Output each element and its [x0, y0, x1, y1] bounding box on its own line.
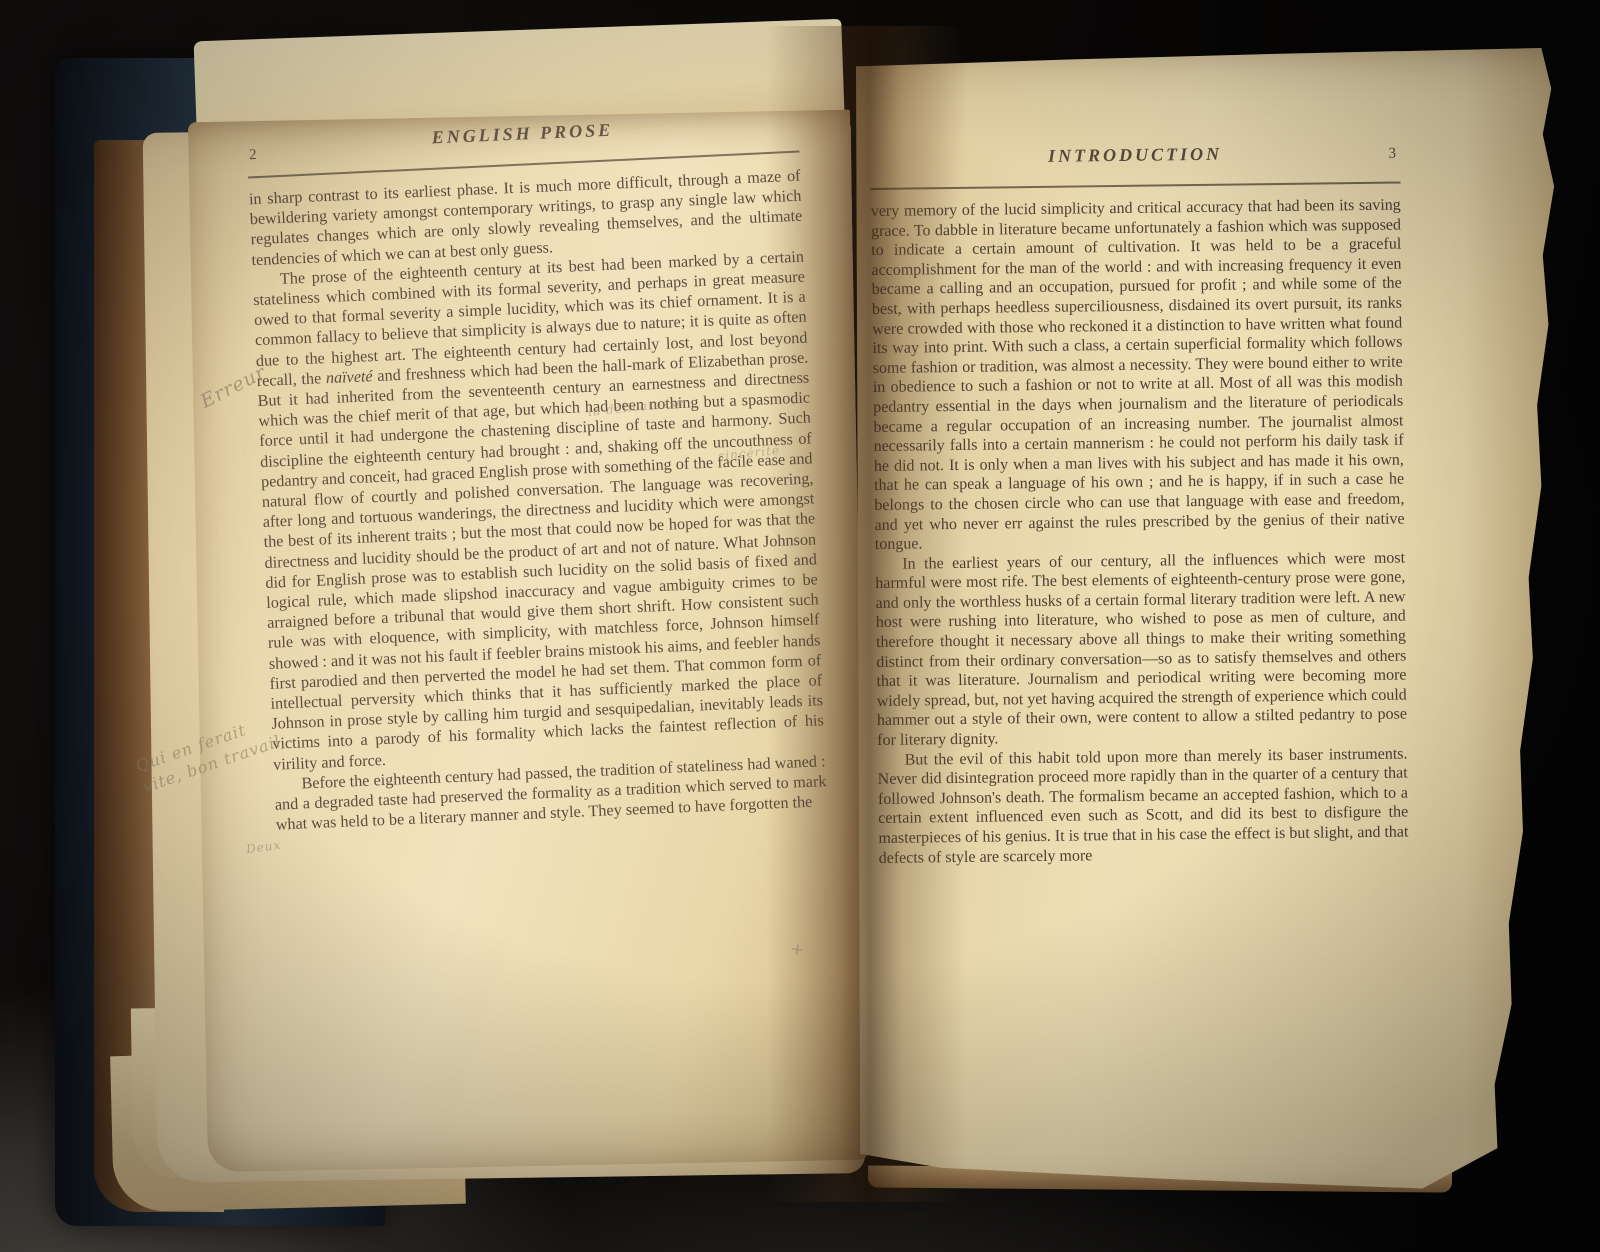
right-page-header: INTRODUCTION 3: [870, 142, 1400, 182]
italic-word: naïveté: [326, 367, 373, 387]
right-page-text: INTRODUCTION 3 very memory of the lucid …: [870, 142, 1409, 869]
pencil-plus-mark: +: [789, 939, 807, 961]
right-page-number: 3: [1389, 146, 1397, 163]
left-page-header: 2 ENGLISH PROSE: [246, 112, 799, 170]
paragraph: The prose of the eighteenth century at i…: [252, 246, 825, 774]
right-header-rule: [870, 182, 1400, 190]
left-body-text: in sharp contrast to its earliest phase.…: [249, 166, 828, 836]
paragraph-segment: and freshness which had been the hall-ma…: [257, 348, 824, 773]
book-photograph: 2 ENGLISH PROSE in sharp contrast to its…: [0, 0, 1600, 1252]
right-running-header: INTRODUCTION: [870, 142, 1400, 169]
right-body-text: very memory of the lucid simplicity and …: [871, 196, 1409, 869]
left-page-text: 2 ENGLISH PROSE in sharp contrast to its…: [246, 112, 827, 835]
left-running-header: ENGLISH PROSE: [246, 112, 798, 157]
paragraph: In the earliest years of our century, al…: [875, 548, 1407, 750]
left-page: 2 ENGLISH PROSE in sharp contrast to its…: [188, 110, 870, 1173]
paragraph: very memory of the lucid simplicity and …: [871, 196, 1405, 555]
right-page: INTRODUCTION 3 very memory of the lucid …: [856, 48, 1564, 1200]
paragraph: But the evil of this habit told upon mor…: [877, 744, 1408, 868]
